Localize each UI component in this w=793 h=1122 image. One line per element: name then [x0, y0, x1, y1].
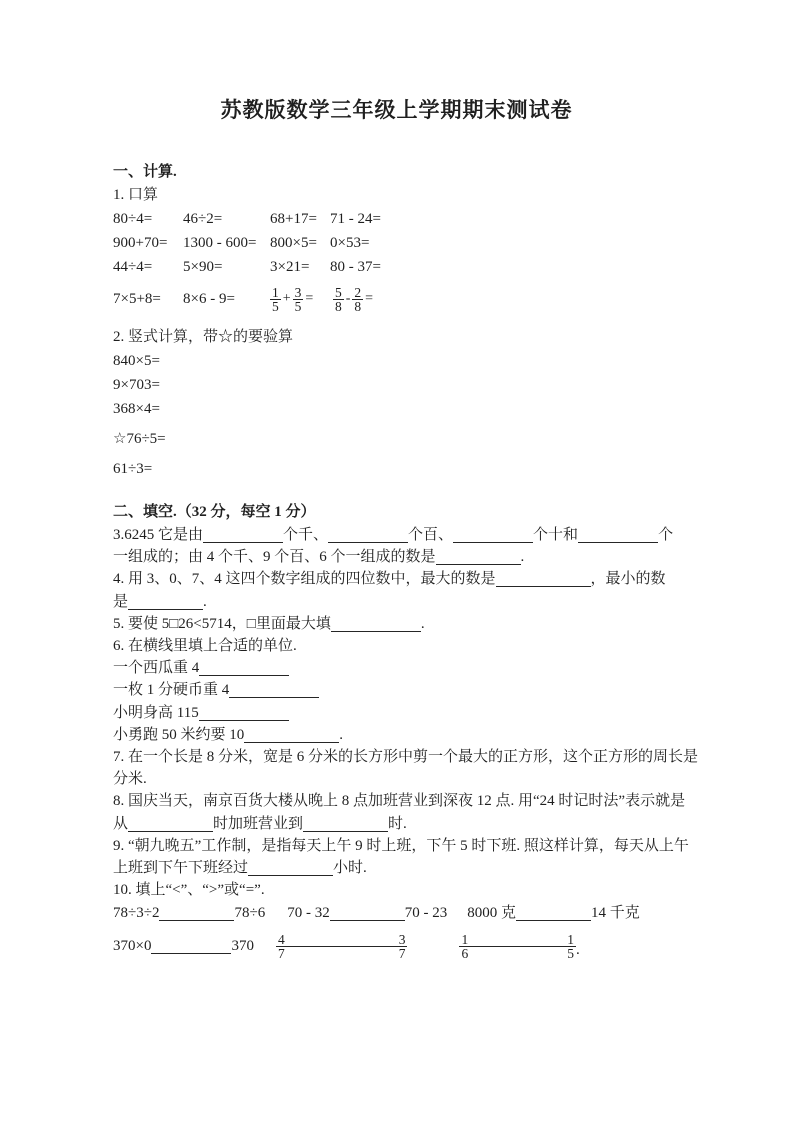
- fraction-denominator: 5: [293, 299, 304, 313]
- text-segment: 是: [113, 594, 128, 610]
- vertical-calc-item-starred: ☆76÷5=: [113, 427, 698, 451]
- page-content: 一、计算. 1. 口算 80÷4= 46÷2= 68+17= 71 - 24= …: [113, 161, 698, 967]
- q7-line2: 分米.: [113, 768, 698, 790]
- text-segment: .: [576, 942, 580, 959]
- blank-line: [128, 609, 203, 610]
- q10-row2: 370×0370 47 37 16 15 .: [113, 925, 698, 967]
- blank-line: [151, 953, 231, 954]
- compare-item: 8000 克14 千克: [467, 902, 640, 925]
- text-segment: 上班到下午下班经过: [113, 860, 248, 876]
- q8-line2: 从时加班营业到时.: [113, 813, 698, 835]
- text-segment: 3.6245 它是由: [113, 527, 203, 543]
- blank-line: [199, 675, 289, 676]
- vertical-calc-item: 61÷3=: [113, 457, 698, 481]
- text-segment: 一组成的；由 4 个千、9 个百、6 个一组成的数是: [113, 549, 436, 565]
- fraction-numerator: 3: [397, 933, 408, 946]
- q3-line1: 3.6245 它是由个千、个百、个十和个: [113, 524, 698, 546]
- text-segment: 70 - 32: [287, 905, 330, 921]
- blank-line: [128, 831, 213, 832]
- text-segment: 370: [231, 938, 254, 954]
- text-segment: 个十和: [533, 527, 578, 543]
- text-segment: 时.: [388, 816, 407, 832]
- test-paper-page: 苏教版数学三年级上学期期末测试卷 一、计算. 1. 口算 80÷4= 46÷2=…: [0, 0, 793, 1122]
- oral-item: 800×5=: [270, 231, 330, 255]
- blank-line: [159, 920, 234, 921]
- oral-calc-row4: 7×5+8= 8×6 - 9= 15 + 35 = 58 - 28 =: [113, 279, 698, 319]
- q8-line1: 8. 国庆当天，南京百货大楼从晚上 8 点加班营业到深夜 12 点. 用“24 …: [113, 790, 698, 812]
- fraction-numerator: 1: [270, 286, 281, 299]
- fraction-denominator: 8: [333, 299, 344, 313]
- compare-item: 70 - 3270 - 23: [287, 902, 447, 925]
- fraction: 16: [459, 933, 470, 960]
- fraction: 47: [276, 933, 287, 960]
- text-segment: .: [521, 549, 525, 565]
- fraction-numerator: 1: [459, 933, 470, 946]
- blank-line: [496, 586, 591, 587]
- text-segment: 小时.: [333, 860, 367, 876]
- q4-line1: 4. 用 3、0、7、4 这四个数字组成的四位数中，最大的数是，最小的数: [113, 568, 698, 590]
- fraction-expression: 58 - 28 =: [333, 286, 698, 313]
- vertical-calc-item: 840×5=: [113, 349, 698, 373]
- q4-line2: 是.: [113, 591, 698, 613]
- fraction-denominator: 5: [270, 299, 281, 313]
- text-segment: 5. 要使 5□26<5714，□里面最大填: [113, 616, 331, 632]
- oral-item: 71 - 24=: [330, 207, 698, 231]
- fraction: 15: [565, 933, 576, 960]
- text-segment: 4. 用 3、0、7、4 这四个数字组成的四位数中，最大的数是: [113, 571, 496, 587]
- blank-line: [331, 631, 421, 632]
- blank-line: [303, 831, 388, 832]
- oral-item: 46÷2=: [183, 207, 270, 231]
- oral-item: 0×53=: [330, 231, 698, 255]
- text-segment: ，最小的数: [591, 571, 666, 587]
- oral-item: 8×6 - 9=: [183, 291, 270, 308]
- oral-item: 1300 - 600=: [183, 231, 270, 255]
- oral-item: 5×90=: [183, 255, 270, 279]
- fraction-denominator: 8: [352, 299, 363, 313]
- fraction-denominator: 6: [459, 946, 470, 960]
- fraction: 58: [333, 286, 344, 313]
- vertical-calc-item: 9×703=: [113, 373, 698, 397]
- q5-line: 5. 要使 5□26<5714，□里面最大填.: [113, 613, 698, 635]
- oral-item: 80 - 37=: [330, 255, 698, 279]
- blank-line: [199, 720, 289, 721]
- text-segment: 个千、: [283, 527, 328, 543]
- text-segment: 78÷6: [234, 905, 265, 921]
- section1-heading: 一、计算.: [113, 161, 698, 184]
- operator: -: [346, 291, 351, 307]
- section2-heading: 二、填空.（32 分，每空 1 分）: [113, 501, 698, 524]
- compare-item: 78÷3÷278÷6: [113, 902, 265, 925]
- blank-line: [516, 920, 591, 921]
- blank-line: [244, 742, 339, 743]
- text-segment: 从: [113, 816, 128, 832]
- blank-line: [453, 542, 533, 543]
- text-segment: 370×0: [113, 938, 151, 954]
- oral-item: 7×5+8=: [113, 291, 183, 308]
- fraction-denominator: 7: [276, 946, 287, 960]
- text-segment: .: [339, 727, 343, 743]
- text-segment: 小明身高 115: [113, 705, 199, 721]
- fill-in-section: 3.6245 它是由个千、个百、个十和个 一组成的；由 4 个千、9 个百、6 …: [113, 524, 698, 967]
- text-segment: 个: [658, 527, 673, 543]
- fraction-denominator: 7: [397, 946, 408, 960]
- q7-line1: 7. 在一个长是 8 分米，宽是 6 分米的长方形中剪一个最大的正方形，这个正方…: [113, 746, 698, 768]
- text-segment: 时加班营业到: [213, 816, 303, 832]
- blank-line: [578, 542, 658, 543]
- blank-line: [328, 542, 408, 543]
- text-segment: 8000 克: [467, 905, 516, 921]
- text-segment: 小勇跑 50 米约要 10: [113, 727, 244, 743]
- fraction-numerator: 5: [333, 286, 344, 299]
- q9-line1: 9. “朝九晚五”工作制，是指每天上午 9 时上班，下午 5 时下班. 照这样计…: [113, 835, 698, 857]
- text-segment: 个百、: [408, 527, 453, 543]
- vertical-calc-item: 368×4=: [113, 397, 698, 421]
- q6-label: 6. 在横线里填上合适的单位.: [113, 635, 698, 657]
- blank-line: [287, 946, 397, 947]
- q6-item: 一个西瓜重 4: [113, 657, 698, 679]
- fraction-compare-item: 47 37: [276, 933, 408, 960]
- q2-label: 2. 竖式计算，带☆的要验算: [113, 325, 698, 349]
- blank-line: [436, 564, 521, 565]
- fraction-numerator: 3: [293, 286, 304, 299]
- blank-line: [248, 875, 333, 876]
- equals-sign: =: [305, 291, 313, 307]
- fraction: 28: [352, 286, 363, 313]
- page-title: 苏教版数学三年级上学期期末测试卷: [0, 0, 793, 123]
- fraction: 15: [270, 286, 281, 313]
- blank-line: [330, 920, 405, 921]
- text-segment: .: [203, 594, 207, 610]
- blank-line: [203, 542, 283, 543]
- text-segment: 一枚 1 分硬币重 4: [113, 682, 229, 698]
- oral-item: 900+70=: [113, 231, 183, 255]
- text-segment: .: [421, 616, 425, 632]
- text-segment: 一个西瓜重 4: [113, 660, 199, 676]
- q1-label: 1. 口算: [113, 184, 698, 207]
- fraction: 37: [397, 933, 408, 960]
- text-segment: 70 - 23: [405, 905, 448, 921]
- q6-item: 一枚 1 分硬币重 4: [113, 679, 698, 701]
- equals-sign: =: [365, 291, 373, 307]
- q6-item: 小明身高 115: [113, 702, 698, 724]
- q10-row1: 78÷3÷278÷6 70 - 3270 - 23 8000 克14 千克: [113, 902, 698, 925]
- fraction-numerator: 1: [565, 933, 576, 946]
- q9-line2: 上班到下午下班经过小时.: [113, 857, 698, 879]
- fraction-denominator: 5: [565, 946, 576, 960]
- operator: +: [283, 291, 291, 307]
- oral-item: 80÷4=: [113, 207, 183, 231]
- fraction-numerator: 2: [352, 286, 363, 299]
- oral-item: 68+17=: [270, 207, 330, 231]
- oral-item: 3×21=: [270, 255, 330, 279]
- fraction-numerator: 4: [276, 933, 287, 946]
- q10-label: 10. 填上“<”、“>”或“=”.: [113, 879, 698, 901]
- fraction-expression: 15 + 35 =: [270, 286, 333, 313]
- oral-item: 44÷4=: [113, 255, 183, 279]
- compare-item: 370×0370: [113, 938, 254, 955]
- fraction: 35: [293, 286, 304, 313]
- blank-line: [470, 946, 565, 947]
- fraction-compare-item: 16 15 .: [459, 933, 579, 960]
- oral-calc-grid: 80÷4= 46÷2= 68+17= 71 - 24= 900+70= 1300…: [113, 207, 698, 279]
- q6-item: 小勇跑 50 米约要 10.: [113, 724, 698, 746]
- blank-line: [229, 697, 319, 698]
- text-segment: 78÷3÷2: [113, 905, 159, 921]
- text-segment: 14 千克: [591, 905, 640, 921]
- q3-line2: 一组成的；由 4 个千、9 个百、6 个一组成的数是.: [113, 546, 698, 568]
